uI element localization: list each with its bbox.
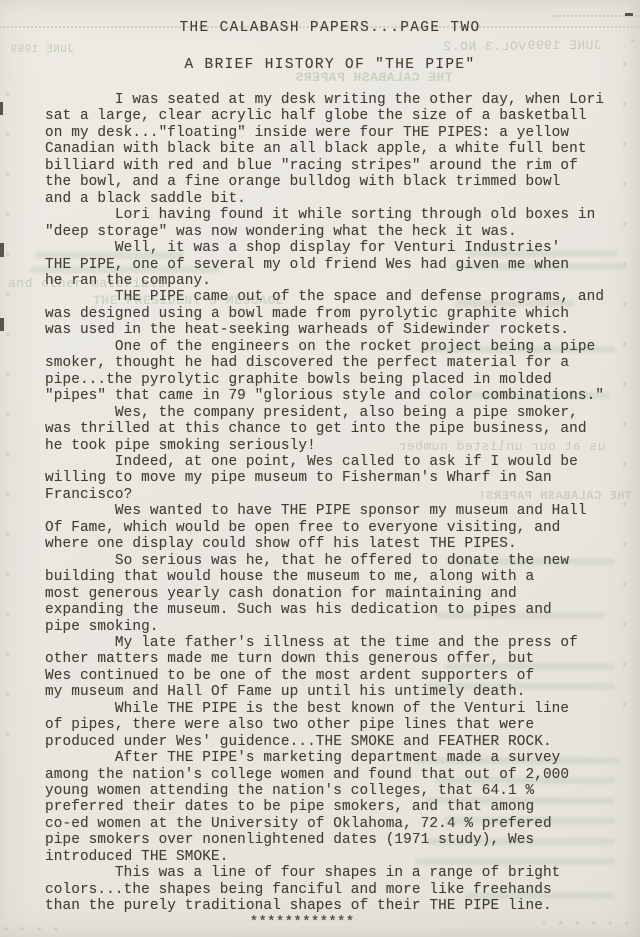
paragraph: After THE PIPE's marketing department ma…	[45, 750, 615, 865]
paragraph: This was a line of four shapes in a rang…	[45, 865, 615, 914]
bleed-corner-asterisk: *	[629, 38, 637, 52]
page-title: THE CALABASH PAPERS...PAGE TWO	[45, 20, 615, 36]
scanned-page: VOL.3 NO.2 JUNE 1999 JUNE 1999 THE CALAB…	[0, 0, 640, 937]
paragraph: Wes wanted to have THE PIPE sponsor my m…	[45, 503, 615, 552]
paragraph: Wes, the company president, also being a…	[45, 405, 615, 454]
page-subtitle: A BRIEF HISTORY OF "THE PIPE"	[45, 57, 615, 73]
bleed-right-asterisk-border: * * * * * * * * * * * * * * * * *	[621, 48, 629, 728]
paragraph: My late father's illness at the time and…	[45, 635, 615, 701]
edge-mark	[0, 243, 4, 257]
footer-asterisks: ************	[17, 915, 587, 931]
paragraph: Indeed, at one point, Wes called to ask …	[45, 454, 615, 503]
paragraph: Well, it was a shop display for Venturi …	[45, 240, 615, 289]
paragraph: So serious was he, that he offered to do…	[45, 553, 615, 635]
paragraph: THE PIPE came out of the space and defen…	[45, 289, 615, 338]
bleed-left-asterisk-border: * * * * * * * * * * * * * * * * *	[4, 78, 12, 758]
document-body: THE CALABASH PAPERS...PAGE TWO A BRIEF H…	[45, 20, 615, 931]
edge-mark	[625, 13, 633, 16]
paragraph: Lori having found it while sorting throu…	[45, 207, 615, 240]
paragraph: I was seated at my desk writing the othe…	[45, 92, 615, 207]
edge-mark	[0, 318, 4, 331]
edge-mark	[0, 102, 3, 115]
paragraph: While THE PIPE is the best known of the …	[45, 701, 615, 750]
paragraph: One of the engineers on the rocket proje…	[45, 339, 615, 405]
